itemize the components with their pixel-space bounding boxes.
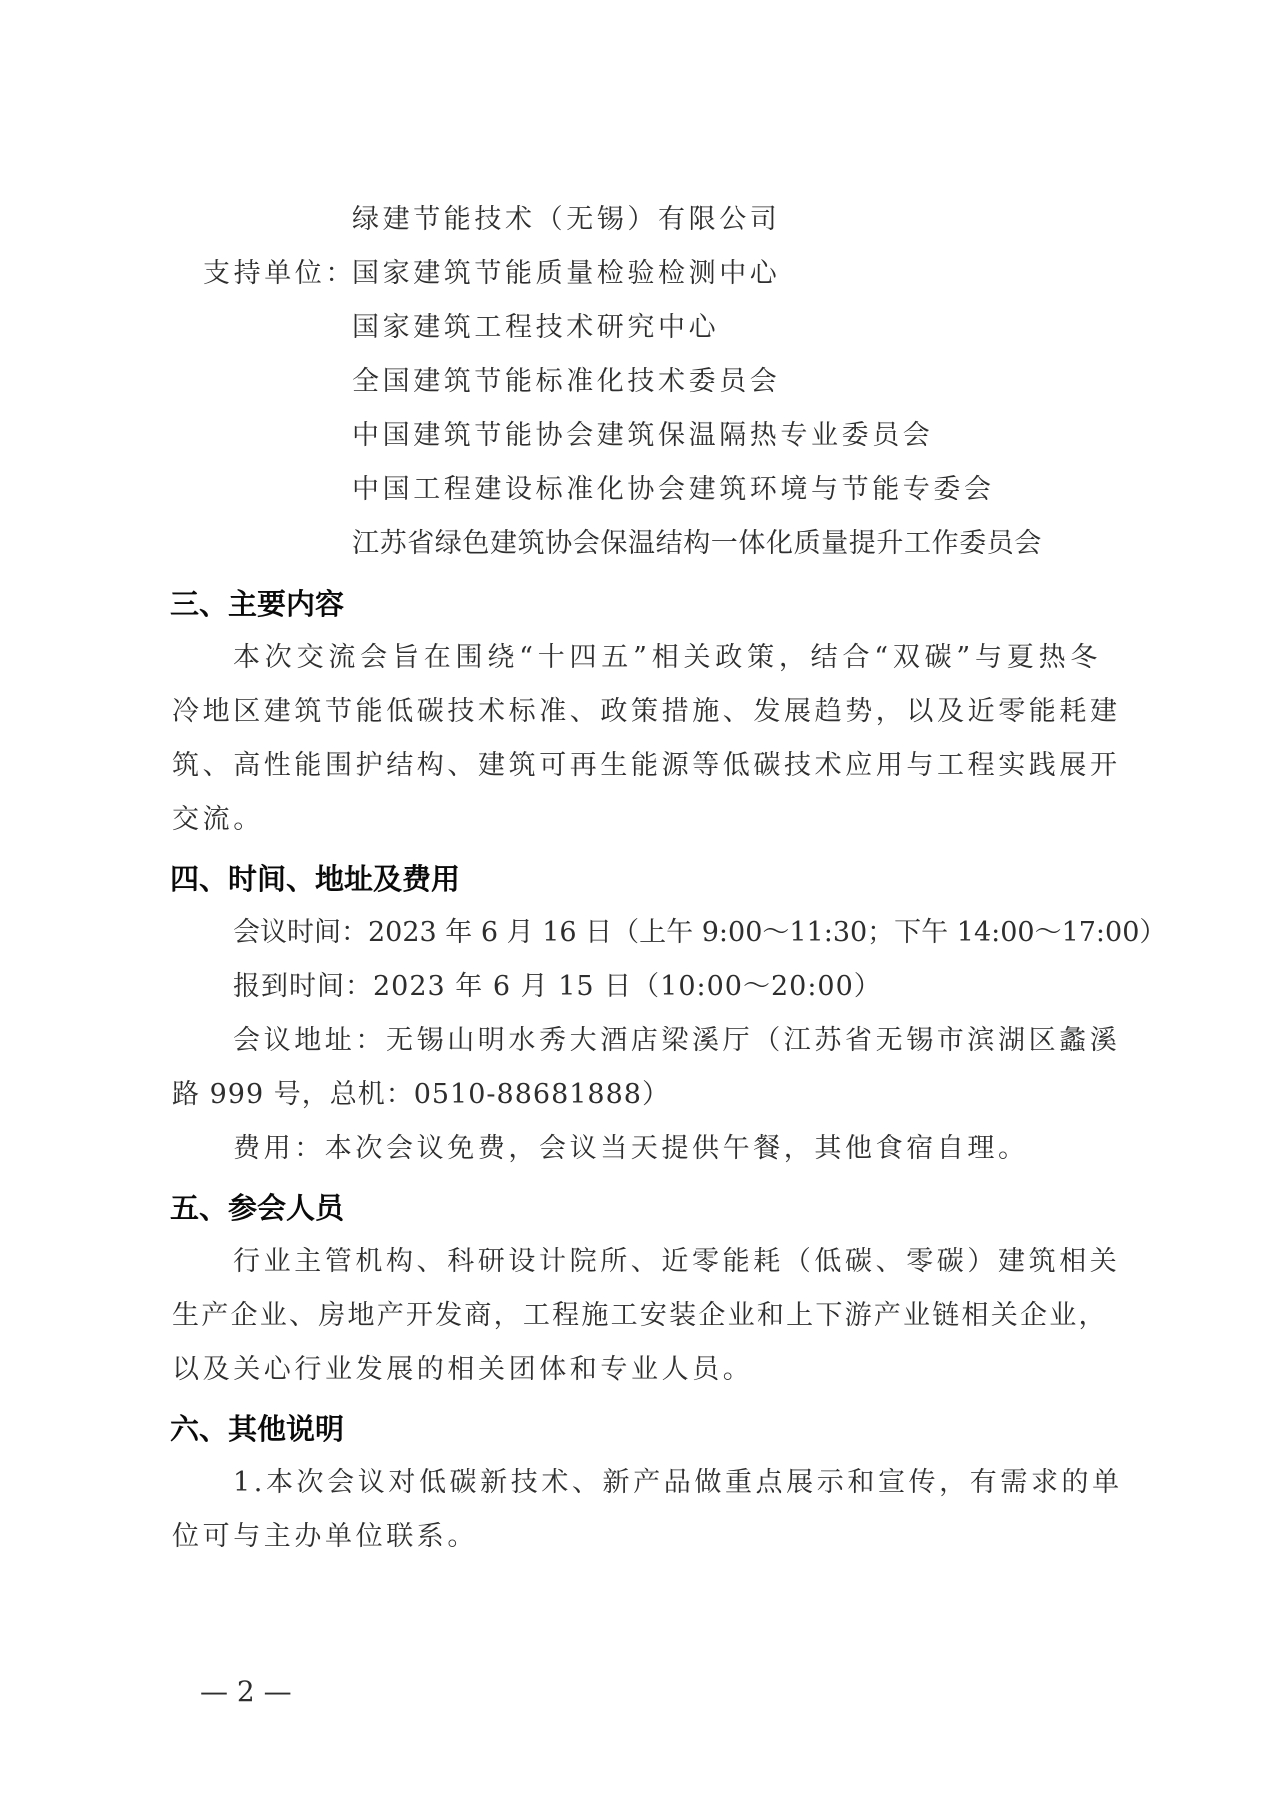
- paragraph-line: 本次交流会旨在围绕“十四五”相关政策，结合“双碳”与夏热冬: [233, 642, 1101, 674]
- paragraph-line: 生产企业、房地产开发商，工程施工安装企业和上下游产业链相关企业，: [172, 1300, 1107, 1332]
- document-page: 绿建节能技术（无锡）有限公司 支持单位： 国家建筑节能质量检验检测中心 国家建筑…: [0, 0, 1280, 1810]
- fee-info: 费用：本次会议免费，会议当天提供午餐，其他食宿自理。: [233, 1133, 1029, 1165]
- paragraph-line: 交流。: [172, 804, 264, 836]
- support-unit-item: 中国建筑节能协会建筑保温隔热专业委员会: [352, 420, 933, 452]
- co-organizer-line: 绿建节能技术（无锡）有限公司: [352, 204, 780, 236]
- section-heading-time-address-fee: 四、时间、地址及费用: [170, 862, 460, 896]
- meeting-address-line: 路 999 号，总机：0510-88681888）: [172, 1079, 670, 1111]
- section-heading-attendees: 五、参会人员: [170, 1191, 344, 1225]
- paragraph-line: 以及关心行业发展的相关团体和专业人员。: [172, 1354, 753, 1386]
- registration-time: 报到时间：2023 年 6 月 15 日（10:00～20:00）: [233, 971, 882, 1003]
- meeting-time: 会议时间：2023 年 6 月 16 日（上午 9:00～11:30；下午 14…: [233, 917, 1103, 949]
- support-unit-item: 全国建筑节能标准化技术委员会: [352, 366, 780, 398]
- support-unit-item: 国家建筑工程技术研究中心: [352, 312, 719, 344]
- meeting-address-line: 会议地址：无锡山明水秀大酒店梁溪厅（江苏省无锡市滨湖区蠡溪: [233, 1025, 1101, 1057]
- paragraph-line: 行业主管机构、科研设计院所、近零能耗（低碳、零碳）建筑相关: [233, 1246, 1101, 1278]
- paragraph-line: 位可与主办单位联系。: [172, 1521, 478, 1553]
- support-unit-item: 中国工程建设标准化协会建筑环境与节能专委会: [352, 474, 995, 506]
- section-heading-other-notes: 六、其他说明: [170, 1412, 344, 1446]
- support-unit-item: 江苏省绿色建筑协会保温结构一体化质量提升工作委员会: [352, 528, 1042, 560]
- support-units-label: 支持单位：: [203, 258, 356, 290]
- support-unit-item: 国家建筑节能质量检验检测中心: [352, 258, 780, 290]
- paragraph-line: 冷地区建筑节能低碳技术标准、政策措施、发展趋势，以及近零能耗建: [172, 696, 1102, 728]
- paragraph-line: 1.本次会议对低碳新技术、新产品做重点展示和宣传，有需求的单: [233, 1467, 1101, 1499]
- paragraph-line: 筑、高性能围护结构、建筑可再生能源等低碳技术应用与工程实践展开: [172, 750, 1102, 782]
- page-number: — 2 —: [200, 1676, 292, 1708]
- section-heading-main-content: 三、主要内容: [170, 587, 344, 621]
